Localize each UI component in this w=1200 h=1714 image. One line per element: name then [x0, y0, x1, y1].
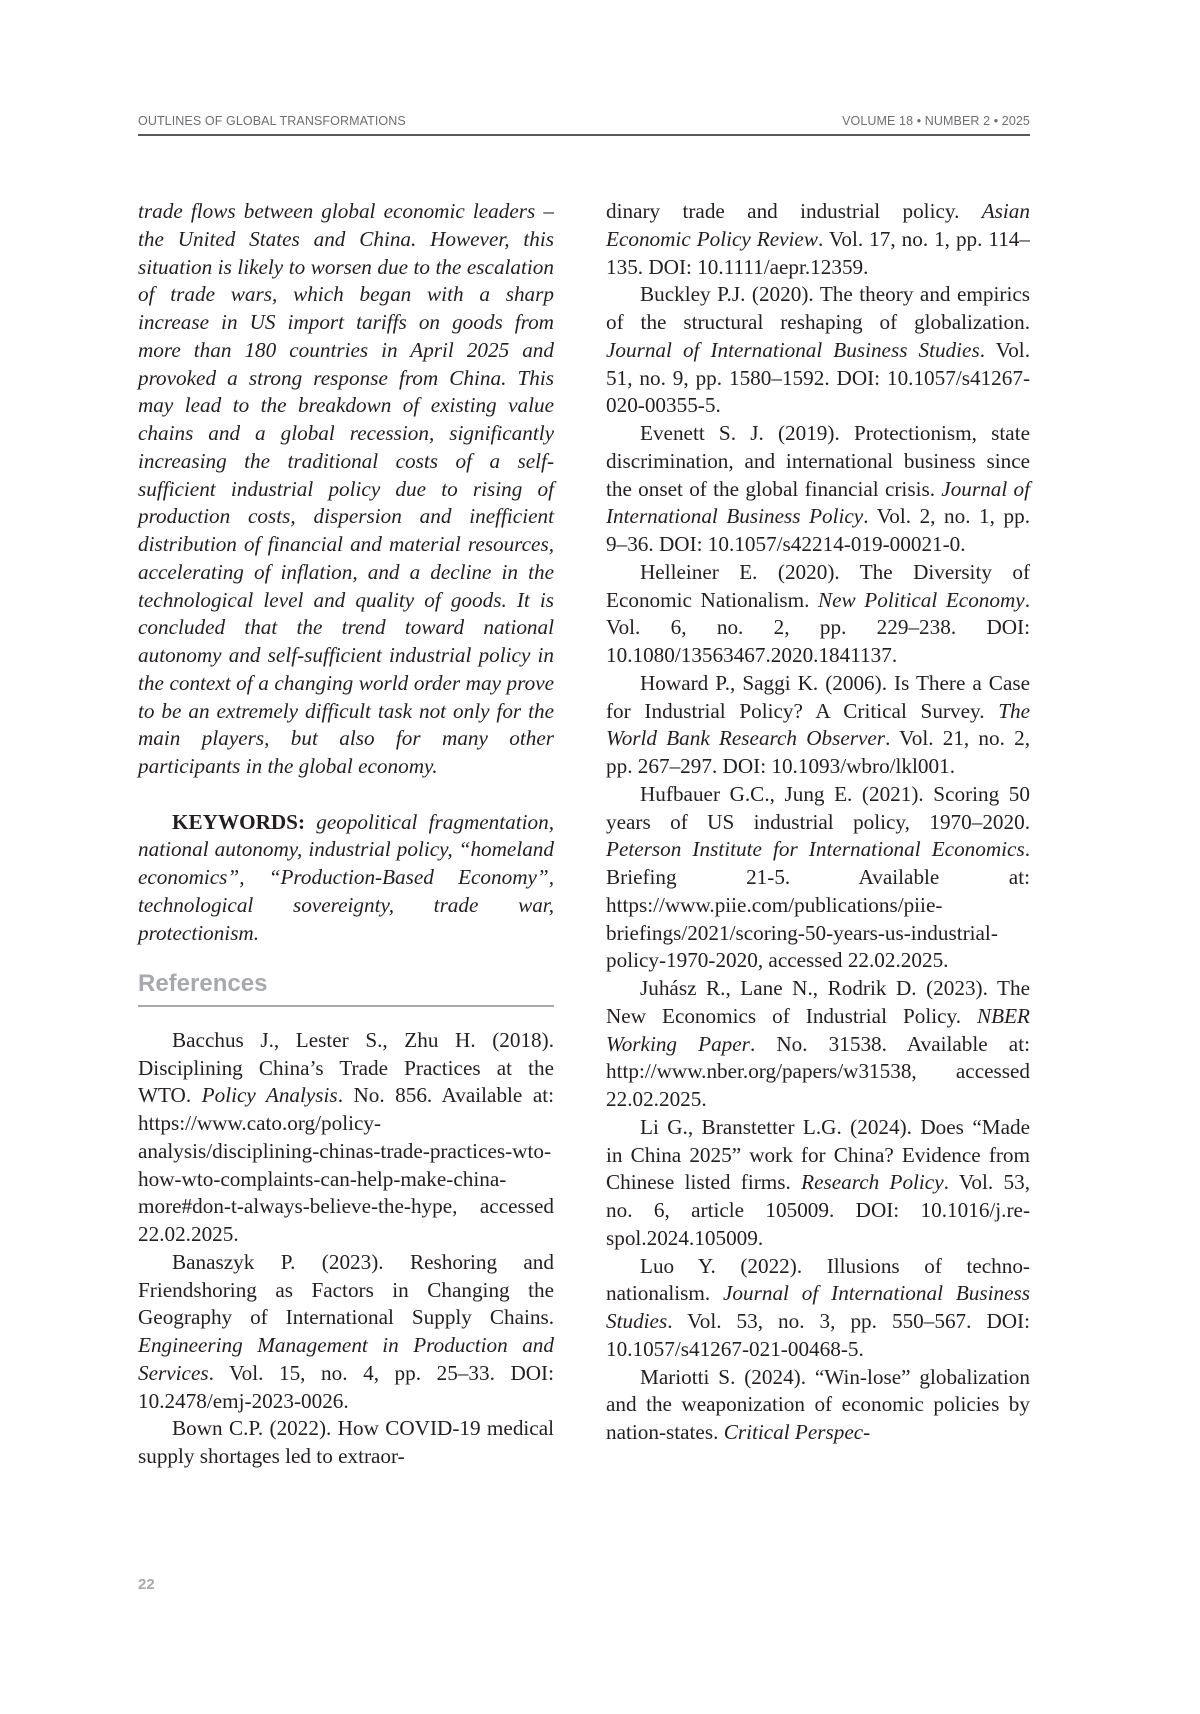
reference-item: Bacchus J., Lester S., Zhu H. (2018). Di…	[138, 1027, 554, 1249]
reference-item: Bown C.P. (2022). How COVID-19 medical s…	[138, 1415, 554, 1471]
left-column: trade flows between global economic lead…	[138, 198, 554, 1471]
keywords-paragraph: KEYWORDS: geopolitical fragmentation, na…	[138, 809, 554, 948]
running-header: OUTLINES OF GLOBAL TRANSFORMATIONS VOLUM…	[138, 110, 1030, 136]
reference-item: Buckley P.J. (2020). The theory and empi…	[606, 281, 1030, 420]
reference-item: Banaszyk P. (2023). Reshoring and Friend…	[138, 1249, 554, 1416]
reference-item: Evenett S. J. (2019). Protectionism, sta…	[606, 420, 1030, 559]
page-number: 22	[138, 1576, 155, 1593]
right-column: dinary trade and industrial policy. Asia…	[606, 198, 1030, 1447]
reference-item: Juhász R., Lane N., Rodrik D. (2023). Th…	[606, 975, 1030, 1114]
reference-item: Howard P., Saggi K. (2006). Is There a C…	[606, 670, 1030, 781]
journal-page: OUTLINES OF GLOBAL TRANSFORMATIONS VOLUM…	[0, 0, 1200, 1714]
keywords-label: KEYWORDS:	[172, 810, 305, 834]
reference-item-continued: dinary trade and industrial policy. Asia…	[606, 198, 1030, 281]
reference-item: Luo Y. (2022). Illusions of techno-natio…	[606, 1253, 1030, 1364]
abstract-text: trade flows between global economic lead…	[138, 198, 554, 781]
reference-item: Mariotti S. (2024). “Win-lose” globaliza…	[606, 1364, 1030, 1447]
reference-item: Li G., Branstetter L.G. (2024). Does “Ma…	[606, 1114, 1030, 1253]
reference-item: Hufbauer G.C., Jung E. (2021). Scoring 5…	[606, 781, 1030, 975]
journal-title: OUTLINES OF GLOBAL TRANSFORMATIONS	[138, 114, 406, 128]
reference-item: Helleiner E. (2020). The Diversity of Ec…	[606, 559, 1030, 670]
header-rule	[138, 134, 1030, 136]
issue-info: VOLUME 18 • NUMBER 2 • 2025	[842, 114, 1030, 128]
references-rule	[138, 1005, 554, 1007]
references-heading: References	[138, 969, 554, 999]
